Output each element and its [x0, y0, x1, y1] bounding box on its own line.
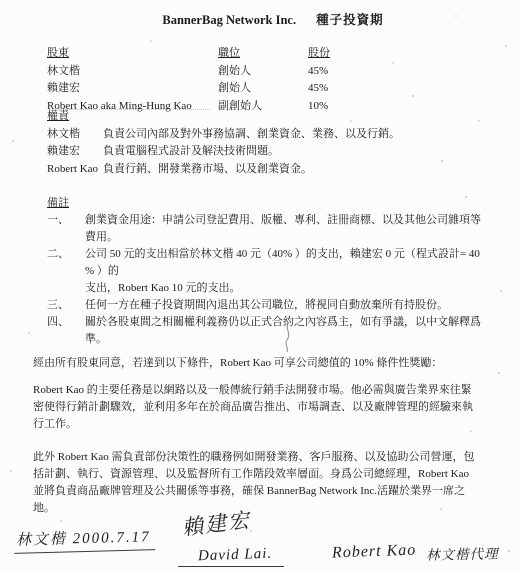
signature-robert-kao: Robert Kao	[332, 542, 417, 562]
note-item: 四、 關於各股東間之相關權利義務仍以正式合約之內容爲主，如有爭議，以中文解釋爲 …	[33, 314, 498, 348]
duties-header: 權責	[47, 108, 400, 126]
shareholder-row: 賴建宏 創始人 45%	[47, 80, 368, 98]
signature-david-lai: David Lai.	[198, 546, 273, 566]
note-text: 創業資金用途：申請公司登記費用、版權、專利、註冊商標、以及其他公司雜項等 費用。	[85, 212, 497, 246]
investment-phase-title: 種子投資期	[316, 13, 384, 27]
col-header-shareholder: 股東	[47, 45, 218, 62]
share-percent: 45%	[308, 80, 368, 97]
share-percent: 45%	[308, 63, 368, 80]
shareholder-table: 股東 職位 股份 林文楷 創始人 45% 賴建宏 創始人 45% Robert …	[47, 45, 368, 115]
note-text: 任何一方在種子投資期間內退出其公司職位，將視同自動放棄所有持股份。	[85, 297, 497, 314]
note-item: 一、 創業資金用途：申請公司登記費用、版權、專利、註冊商標、以及其他公司雜項等 …	[33, 212, 498, 246]
shareholder-position: 創始人	[218, 63, 308, 80]
duties-section: 權責 林文楷 負責公司內部及對外事務協調、創業資金、業務、以及行銷。 賴建宏 負…	[47, 108, 400, 178]
col-header-share: 股份	[308, 45, 368, 62]
duty-name: 林文楷	[47, 126, 103, 144]
shareholder-name: 林文楷	[47, 63, 218, 80]
duty-description: 負責電腦程式設計及解決技術問題。	[103, 143, 279, 161]
duty-row: Robert Kao 負責行銷、開發業務市場、以及創業資金。	[47, 161, 400, 179]
note-number: 三、	[47, 297, 85, 314]
duty-description: 負責行銷、開發業務市場、以及創業資金。	[103, 161, 312, 179]
note-text: 公司 50 元的支出相當於林文楷 40 元（40% ）的支出，賴建宏 0 元（程…	[85, 246, 497, 297]
scan-artifact-squiggle	[280, 320, 296, 354]
scanned-agreement-document: BannerBag Network Inc.種子投資期 股東 職位 股份 林文楷…	[0, 0, 520, 572]
note-number: 一、	[47, 212, 85, 246]
duty-row: 賴建宏 負責電腦程式設計及解決技術問題。	[47, 143, 400, 161]
notes-and-terms: 備註 一、 創業資金用途：申請公司登記費用、版權、專利、註冊商標、以及其他公司雜…	[33, 195, 498, 517]
scan-noise	[0, 0, 2, 2]
robert-kao-role-paragraph: Robert Kao 的主要任務是以網路以及一般傳統行銷手法開發市場。他必需與廣…	[33, 382, 498, 433]
signature-underline	[178, 566, 284, 567]
note-item: 二、 公司 50 元的支出相當於林文楷 40 元（40% ）的支出，賴建宏 0 …	[33, 246, 498, 297]
duty-name: 賴建宏	[47, 143, 103, 161]
shareholder-position: 創始人	[218, 80, 308, 97]
signature-proxy-note: 林文楷代理	[426, 545, 499, 563]
shareholder-header-row: 股東 職位 股份	[47, 45, 368, 63]
note-number: 四、	[47, 314, 85, 348]
signature-lin-wenkai-with-date: 林文楷 2000.7.17	[14, 529, 155, 554]
shareholder-name: 賴建宏	[47, 80, 218, 97]
signature-lai-chienhung: 賴建宏	[181, 512, 252, 537]
note-number: 二、	[47, 246, 85, 297]
notes-header: 備註	[47, 195, 498, 212]
company-name: BannerBag Network Inc.	[162, 13, 296, 27]
document-title: BannerBag Network Inc.種子投資期	[13, 12, 520, 29]
duty-row: 林文楷 負責公司內部及對外事務協調、創業資金、業務、以及行銷。	[47, 126, 400, 144]
robert-kao-duties-paragraph: 此外 Robert Kao 需負責部份決策性的職務例如開發業務、客戶服務、以及協…	[33, 449, 498, 517]
bonus-condition-paragraph: 經由所有股東同意，若達到以下條件，Robert Kao 可享公司總值的 10% …	[33, 355, 498, 372]
col-header-position: 職位	[218, 45, 308, 62]
duty-description: 負責公司內部及對外事務協調、創業資金、業務、以及行銷。	[103, 126, 400, 144]
shareholder-row: 林文楷 創始人 45%	[47, 63, 368, 81]
note-item: 三、 任何一方在種子投資期間內退出其公司職位，將視同自動放棄所有持股份。	[33, 297, 498, 314]
duty-name: Robert Kao	[47, 161, 103, 179]
